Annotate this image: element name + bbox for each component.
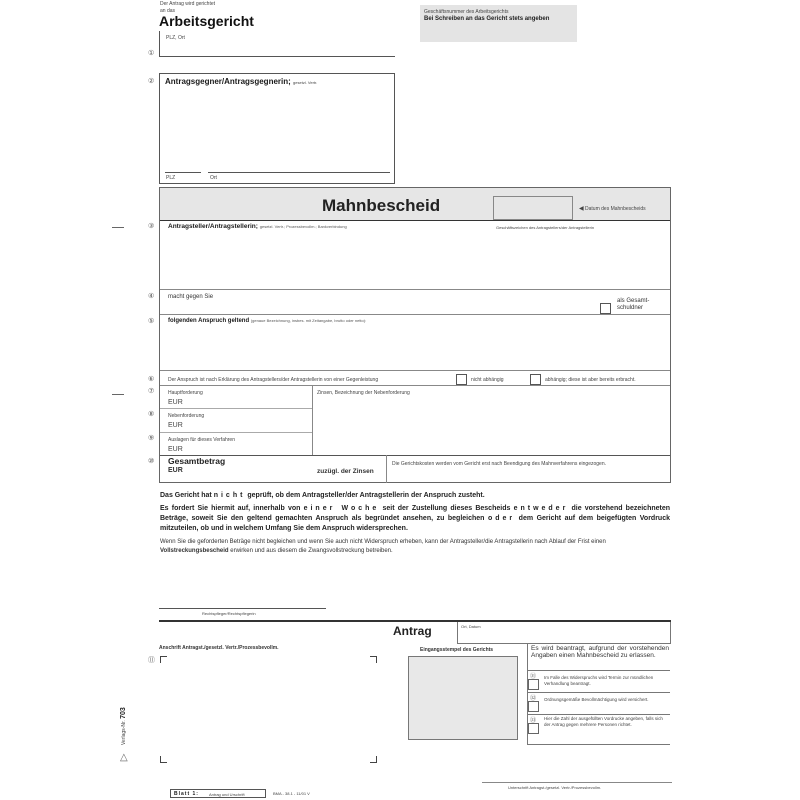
divider-8 xyxy=(160,408,312,409)
marker-11: ⑪ xyxy=(148,655,155,665)
marker-3: ③ xyxy=(148,222,154,230)
marker-8: ⑧ xyxy=(148,410,154,418)
court-type-title: Arbeitsgericht xyxy=(159,13,254,29)
court-field-bracket xyxy=(159,31,160,57)
marker-5: ⑤ xyxy=(148,317,154,325)
divider-3 xyxy=(160,220,670,221)
case-number-box[interactable]: Geschäftsnummer des Arbeitsgerichts Bei … xyxy=(420,5,577,42)
signature-line[interactable] xyxy=(482,782,672,783)
expenses-currency: EUR xyxy=(168,446,183,453)
total-currency: EUR xyxy=(168,467,183,474)
court-stamp-box xyxy=(408,656,518,740)
opt-bottom xyxy=(527,744,670,745)
form-count-field[interactable] xyxy=(528,723,539,734)
date-of-order-field[interactable] xyxy=(493,196,573,220)
case-number-label: Geschäftsnummer des Arbeitsgerichts xyxy=(424,9,508,15)
marker-10: ⑩ xyxy=(148,457,154,465)
authorization-checkbox[interactable] xyxy=(528,701,539,712)
total-label: Gesamtbetrag xyxy=(168,456,225,466)
request-text: Es wird beantragt, aufgrund der vorstehe… xyxy=(531,645,669,659)
divider-10 xyxy=(160,455,670,456)
clerk-signature-line[interactable] xyxy=(159,608,326,609)
total-divider xyxy=(386,455,387,483)
court-field-underline[interactable] xyxy=(159,56,395,57)
publisher-logo-icon: △ xyxy=(120,752,128,763)
plz-ort-label: PLZ, Ort xyxy=(166,35,185,41)
secondary-claim-currency: EUR xyxy=(168,422,183,429)
marker-9: ⑨ xyxy=(148,434,154,442)
applicant-field[interactable] xyxy=(160,232,670,287)
plus-interest-label: zuzügl. der Zinsen xyxy=(317,468,374,475)
notice-paragraph-1: Das Gericht hat nicht geprüft, ob dem An… xyxy=(160,492,670,499)
place-date-field[interactable]: Ort, Datum xyxy=(457,622,671,644)
claim-field[interactable] xyxy=(160,326,670,370)
marker-1: ① xyxy=(148,49,154,57)
publisher-label: Verlags-Nr. 703 xyxy=(120,707,127,745)
date-of-order-label: ◀ Datum des Mahnbescheids xyxy=(579,205,646,212)
ort-line xyxy=(208,172,390,173)
divider-9 xyxy=(160,432,312,433)
sent-to-line1: Der Antrag wird gerichtet xyxy=(160,1,215,7)
sheet-label-box: Blatt 1: Antrag und Urschrift xyxy=(170,789,266,798)
opt-divider-33 xyxy=(527,714,670,715)
divider-7 xyxy=(160,385,670,386)
place-date-label: Ort, Datum xyxy=(461,624,481,629)
opt32-label: Ordnungsgemäße Bevollmächtigung wird ver… xyxy=(544,697,666,703)
antrag-title: Antrag xyxy=(393,624,432,638)
opt31-label: Im Falle des Widerspruchs wird Termin zu… xyxy=(544,675,666,687)
marker-6: ⑥ xyxy=(148,375,154,383)
claim-label: folgenden Anspruch geltend (genaue Bezei… xyxy=(168,318,366,324)
respondent-box[interactable]: Antragsgegner/Antragsgegnerin; gesetzl. … xyxy=(159,73,395,184)
ort-label: Ort xyxy=(210,175,217,181)
case-number-note: Bei Schreiben an das Gericht stets angeb… xyxy=(424,16,549,22)
address-field[interactable] xyxy=(162,658,374,760)
opt-divider-32 xyxy=(527,692,670,693)
secondary-claim-amount-field[interactable] xyxy=(195,419,310,430)
court-costs-note: Die Gerichtskosten werden vom Gericht er… xyxy=(392,461,662,468)
plz-line xyxy=(165,172,201,173)
address-label: Anschrift Antragst./gesetzl. Vertr./Proz… xyxy=(159,645,279,651)
applicant-ref-label: Geschäftszeichen des Antragstellers/der … xyxy=(496,225,594,230)
not-dependent-checkbox[interactable] xyxy=(456,374,467,385)
not-dependent-label: nicht abhängig xyxy=(471,377,504,383)
dependent-done-label: abhängig; diese ist aber bereits erbrach… xyxy=(545,377,636,383)
main-claim-currency: EUR xyxy=(168,399,183,406)
opt33-label: Hier die Zahl der ausgefüllten Vordrucke… xyxy=(544,716,666,728)
divider-4 xyxy=(160,289,670,290)
clerk-label: Rechtspfleger/Rechtspflegerin xyxy=(202,611,256,616)
hearing-request-checkbox[interactable] xyxy=(528,679,539,690)
notice-paragraph-3: Wenn Sie die geforderten Beträge nicht b… xyxy=(160,538,670,556)
claims-against-label: macht gegen Sie xyxy=(168,294,213,300)
signature-label: Unterschrift Antragst./gesetzl. Vertr./P… xyxy=(508,785,601,790)
interest-label: Zinsen, Bezeichnung der Nebenforderung xyxy=(317,390,410,396)
mahnbescheid-title: Mahnbescheid xyxy=(322,196,440,216)
marker-4: ④ xyxy=(148,292,154,300)
divider-6a xyxy=(160,370,670,371)
sheet-desc: Antrag und Urschrift xyxy=(209,792,245,797)
interest-field[interactable] xyxy=(314,397,669,453)
amounts-col-divider xyxy=(312,385,313,455)
divider-5 xyxy=(160,314,670,315)
marker-2: ② xyxy=(148,77,154,85)
opt-divider-31 xyxy=(527,670,670,671)
form-code: BMA - 38.1 - 11/01 V xyxy=(273,791,310,796)
fold-mark xyxy=(112,227,124,228)
marker-7: ⑦ xyxy=(148,387,154,395)
respondent-label: Antragsgegner/Antragsgegnerin; gesetzl. … xyxy=(165,77,317,86)
sheet-label: Blatt 1: xyxy=(174,791,199,797)
total-amount-field[interactable] xyxy=(195,466,305,478)
counter-performance-label: Der Anspruch ist nach Erklärung des Antr… xyxy=(168,377,378,383)
plz-label: PLZ xyxy=(166,175,175,181)
dependent-done-checkbox[interactable] xyxy=(530,374,541,385)
main-claim-amount-field[interactable] xyxy=(195,396,310,407)
fold-mark-2 xyxy=(112,394,124,395)
joint-debtor-label: als Gesamt- schuldner xyxy=(617,298,649,312)
expenses-amount-field[interactable] xyxy=(195,443,310,454)
arrow-left-icon: ◀ xyxy=(579,206,584,212)
stamp-label: Eingangsstempel des Gerichts xyxy=(420,647,493,653)
notice-paragraph-2: Es fordert Sie hiermit auf, innerhalb vo… xyxy=(160,504,670,534)
applicant-label: Antragsteller/Antragstellerin; gesetzl. … xyxy=(168,223,347,230)
joint-debtor-checkbox[interactable] xyxy=(600,303,611,314)
